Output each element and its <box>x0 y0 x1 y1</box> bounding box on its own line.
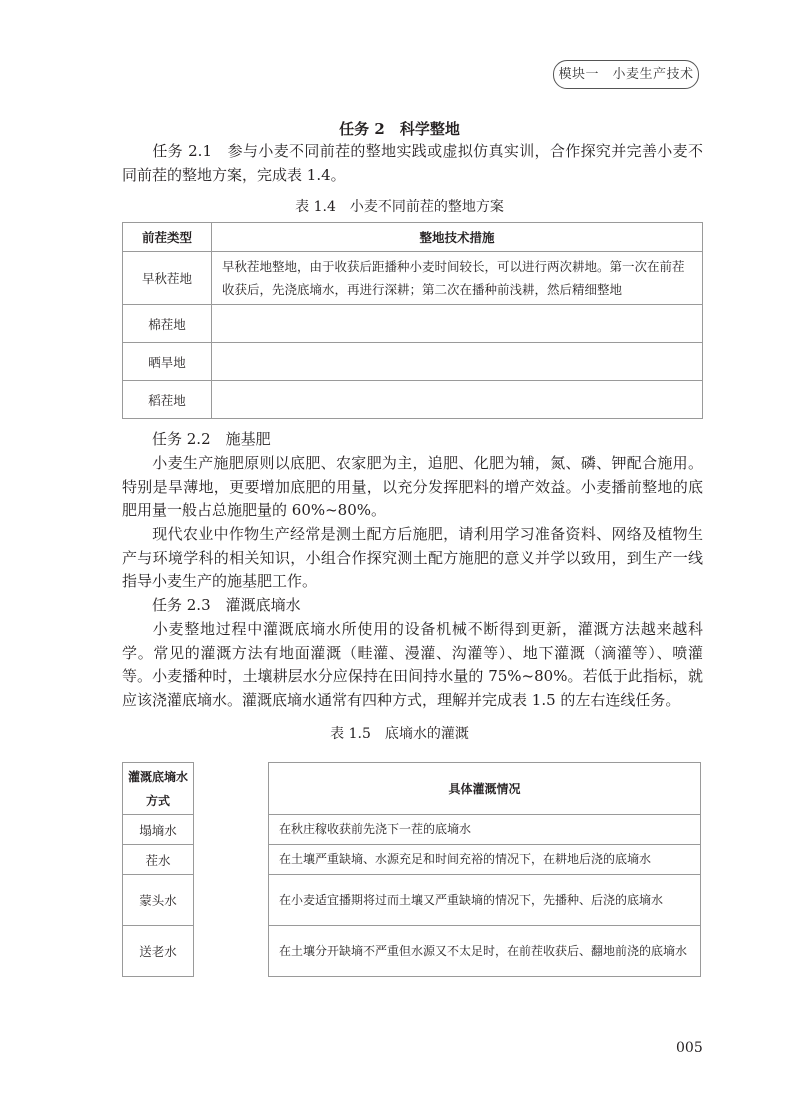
table-header-cell: 整地技术措施 <box>212 223 703 252</box>
table-1-4-caption: 表 1.4 小麦不同前茬的整地方案 <box>0 196 799 216</box>
task-2-1-text: 任务 2.1 参与小麦不同前茬的整地实践或虚拟仿真实训，合作探究并完善小麦不同前… <box>122 142 703 184</box>
tillage-measures-input[interactable] <box>212 343 703 381</box>
table-row: 棉茬地 <box>123 305 703 343</box>
pre-crop-type: 稻茬地 <box>123 381 212 419</box>
match-item-left[interactable]: 蒙头水 <box>123 875 194 926</box>
table-header-cell: 灌溉底墒水方式 <box>123 763 194 815</box>
tillage-measures: 早秋茬地整地，由于收获后距播种小麦时间较长，可以进行两次耕地。第一次在前茬收获后… <box>212 252 703 305</box>
paragraph-text: 现代农业中作物生产经常是测土配方后施肥，请利用学习准备资料、网络及植物生产与环境… <box>122 525 703 590</box>
tillage-measures-input[interactable] <box>212 305 703 343</box>
task-2-2-heading-text: 任务 2.2 施基肥 <box>152 430 271 448</box>
match-item-right[interactable]: 在土壤分开缺墒不严重但水源又不太足时，在前茬收获后、翻地前浇的底墒水 <box>269 926 701 977</box>
match-item-left[interactable]: 茬水 <box>123 845 194 875</box>
task-2-2-heading: 任务 2.2 施基肥 <box>122 428 703 452</box>
paragraph-text: 小麦生产施肥原则以底肥、农家肥为主，追肥、化肥为辅，氮、磷、钾配合施用。特别是旱… <box>122 454 703 519</box>
task-2-3-paragraph: 小麦整地过程中灌溉底墒水所使用的设备机械不断得到更新，灌溉方法越来越科学。常见的… <box>122 618 703 712</box>
table-row: 稻茬地 <box>123 381 703 419</box>
table-row: 早秋茬地 早秋茬地整地，由于收获后距播种小麦时间较长，可以进行两次耕地。第一次在… <box>123 252 703 305</box>
table-header-cell: 具体灌溉情况 <box>269 763 701 815</box>
match-item-left[interactable]: 塌墒水 <box>123 815 194 845</box>
module-header-badge: 模块一 小麦生产技术 <box>553 60 699 89</box>
table-1-5-right-column: 具体灌溉情况 在秋庄稼收获前先浇下一茬的底墒水 在土壤严重缺墒、水源充足和时间充… <box>268 762 701 977</box>
pre-crop-type: 棉茬地 <box>123 305 212 343</box>
match-item-left[interactable]: 送老水 <box>123 926 194 977</box>
table-1-5-caption: 表 1.5 底墒水的灌溉 <box>0 723 799 743</box>
match-item-right[interactable]: 在秋庄稼收获前先浇下一茬的底墒水 <box>269 815 701 845</box>
section-title: 任务 2 科学整地 <box>0 118 799 139</box>
match-item-right[interactable]: 在小麦适宜播期将过而土壤又严重缺墒的情况下，先播种、后浇的底墒水 <box>269 875 701 926</box>
page-number: 005 <box>676 1040 703 1056</box>
tillage-measures-input[interactable] <box>212 381 703 419</box>
pre-crop-type: 晒旱地 <box>123 343 212 381</box>
table-1-5-left-column: 灌溉底墒水方式 塌墒水 茬水 蒙头水 送老水 <box>122 762 194 977</box>
task-2-2-paragraph-1: 小麦生产施肥原则以底肥、农家肥为主，追肥、化肥为辅，氮、磷、钾配合施用。特别是旱… <box>122 452 703 523</box>
table-row: 晒旱地 <box>123 343 703 381</box>
task-2-3-heading-text: 任务 2.3 灌溉底墒水 <box>152 596 301 614</box>
task-2-2-paragraph-2: 现代农业中作物生产经常是测土配方后施肥，请利用学习准备资料、网络及植物生产与环境… <box>122 523 703 594</box>
task-2-1-paragraph: 任务 2.1 参与小麦不同前茬的整地实践或虚拟仿真实训，合作探究并完善小麦不同前… <box>122 140 703 187</box>
paragraph-text: 小麦整地过程中灌溉底墒水所使用的设备机械不断得到更新，灌溉方法越来越科学。常见的… <box>122 620 703 709</box>
table-header-cell: 前茬类型 <box>123 223 212 252</box>
pre-crop-type: 早秋茬地 <box>123 252 212 305</box>
table-1-4: 前茬类型 整地技术措施 早秋茬地 早秋茬地整地，由于收获后距播种小麦时间较长，可… <box>122 222 703 419</box>
task-2-3-heading: 任务 2.3 灌溉底墒水 <box>122 594 703 618</box>
match-item-right[interactable]: 在土壤严重缺墒、水源充足和时间充裕的情况下，在耕地后浇的底墒水 <box>269 845 701 875</box>
